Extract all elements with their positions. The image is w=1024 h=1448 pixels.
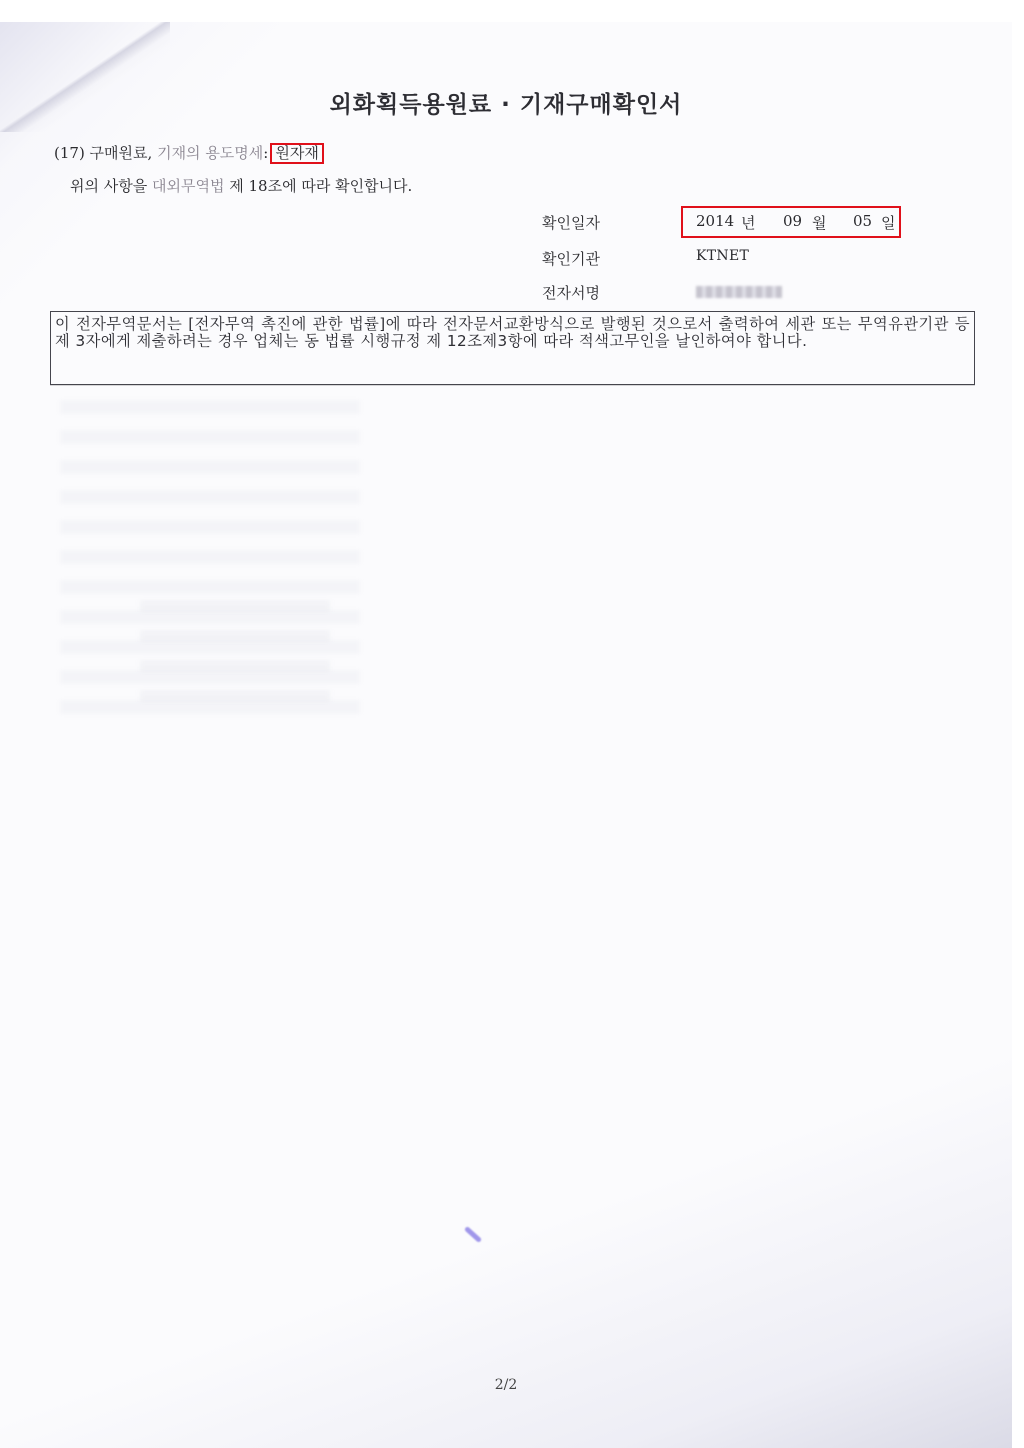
redaction-blur [696,286,782,298]
item-17-faded-label: 기재의 용도명세 [157,144,263,162]
signature-value-redacted [696,282,782,302]
page-number: 2/2 [0,1377,1012,1393]
item-17-colon: : [263,144,268,162]
document-title: 외화획득용원료 · 기재구매확인서 [0,86,1012,119]
electronic-document-notice: 이 전자무역문서는 [전자무역 촉진에 관한 법률]에 따라 전자문서교환방식으… [50,311,975,385]
agency-label: 확인기관 [542,248,600,269]
date-day-unit: 일 [881,212,896,233]
confirm-prefix: 위의 사항을 [70,177,147,195]
confirm-law: 대외무역법 [152,177,224,195]
date-label: 확인일자 [542,212,600,233]
item-17-prefix: (17) 구매원료, [54,144,152,162]
date-day: 05 [853,212,872,230]
signature-label: 전자서명 [542,282,600,303]
confirm-suffix: 제 18조에 따라 확인합니다. [229,177,412,195]
confirm-statement: 위의 사항을 대외무역법 제 18조에 따라 확인합니다. [70,175,412,196]
item-17-usage-spec: (17) 구매원료, 기재의 용도명세:원자재 [54,142,324,164]
date-month-unit: 월 [812,212,827,233]
date-month: 09 [783,212,802,230]
date-year-unit: 년 [741,212,756,233]
item-17-value: 원자재 [275,144,318,162]
item-17-value-highlight: 원자재 [270,143,323,164]
agency-value: KTNET [696,248,749,264]
date-year: 2014 [696,212,734,230]
